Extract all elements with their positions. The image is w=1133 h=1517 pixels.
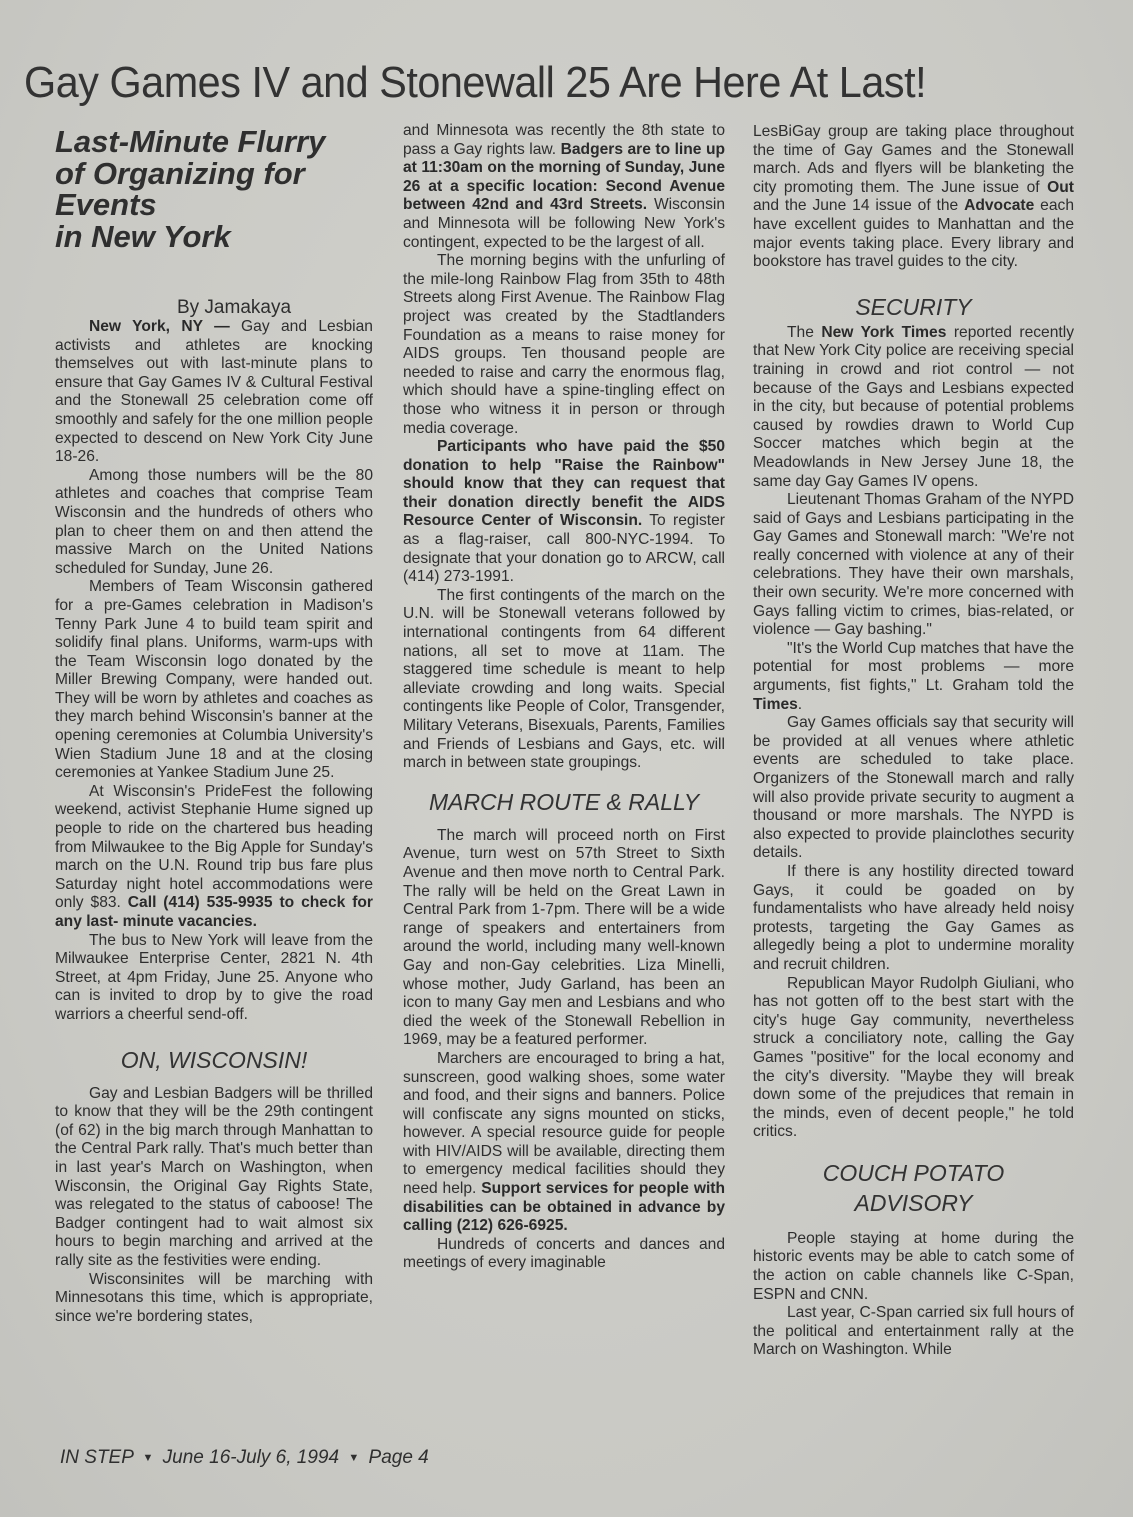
publication-name: Advocate xyxy=(964,197,1034,214)
issue-dates: June 16-July 6, 1994 xyxy=(163,1447,339,1468)
column-1: Last-Minute Flurry of Organizing for Eve… xyxy=(55,122,373,1326)
paragraph: The morning begins with the unfurling of… xyxy=(403,252,725,438)
subhead-line: COUCH POTATO xyxy=(753,1158,1074,1188)
paragraph: Gay and Lesbian Badgers will be thrilled… xyxy=(55,1085,373,1271)
kicker-line: in New York xyxy=(55,221,373,253)
column-3: LesBiGay group are taking place througho… xyxy=(753,123,1074,1360)
newspaper-page: Gay Games IV and Stonewall 25 Are Here A… xyxy=(0,0,1133,1517)
kicker-line: of Organizing for xyxy=(55,158,373,190)
paragraph-text: "It's the World Cup matches that have th… xyxy=(753,640,1074,694)
paragraph: If there is any hostility directed towar… xyxy=(753,863,1074,975)
dateline: New York, NY — xyxy=(89,318,230,335)
triangle-down-icon: ▼ xyxy=(138,1452,157,1464)
paragraph: "It's the World Cup matches that have th… xyxy=(753,640,1074,714)
paragraph: At Wisconsin's PrideFest the following w… xyxy=(55,783,373,932)
subhead-line: ADVISORY xyxy=(753,1188,1074,1218)
kicker-line: Events xyxy=(55,189,373,221)
paragraph-text: Gay and Lesbian activists and athletes a… xyxy=(55,318,373,465)
paragraph: New York, NY — Gay and Lesbian activists… xyxy=(55,318,373,467)
subhead-on-wisconsin: ON, WISCONSIN! xyxy=(55,1045,373,1075)
publication-name: Out xyxy=(1047,179,1074,196)
article-kicker: Last-Minute Flurry of Organizing for Eve… xyxy=(55,126,373,252)
paragraph-text: reported recently that New York City pol… xyxy=(753,324,1074,490)
paragraph: The New York Times reported recently tha… xyxy=(753,324,1074,491)
paragraph: Hundreds of concerts and dances and meet… xyxy=(403,1236,725,1273)
paragraph-text: and the June 14 issue of the xyxy=(753,197,964,214)
paragraph: Wisconsinites will be marching with Minn… xyxy=(55,1271,373,1327)
paragraph: The first contingents of the march on th… xyxy=(403,587,725,773)
paragraph: Last year, C-Span carried six full hours… xyxy=(753,1304,1074,1360)
paragraph-text: . xyxy=(798,696,802,713)
publication-title: IN STEP xyxy=(60,1447,133,1468)
paragraph: Gay Games officials say that security wi… xyxy=(753,714,1074,863)
kicker-line: Last-Minute Flurry xyxy=(55,126,373,158)
paragraph: Members of Team Wisconsin gathered for a… xyxy=(55,578,373,783)
paragraph: People staying at home during the histor… xyxy=(753,1230,1074,1304)
paragraph: Participants who have paid the $50 donat… xyxy=(403,438,725,587)
paragraph: Among those numbers will be the 80 athle… xyxy=(55,467,373,579)
publication-name: New York Times xyxy=(821,324,946,341)
page-headline: Gay Games IV and Stonewall 25 Are Here A… xyxy=(24,58,1049,108)
page-number: Page 4 xyxy=(369,1447,429,1468)
paragraph: The bus to New York will leave from the … xyxy=(55,932,373,1025)
paragraph: Marchers are encouraged to bring a hat, … xyxy=(403,1050,725,1236)
subhead-march-route: MARCH ROUTE & RALLY xyxy=(403,787,725,817)
paragraph: Republican Mayor Rudolph Giuliani, who h… xyxy=(753,975,1074,1142)
publication-name: Times xyxy=(753,696,798,713)
column-2: and Minnesota was recently the 8th state… xyxy=(403,122,725,1273)
paragraph: Lieutenant Thomas Graham of the NYPD sai… xyxy=(753,491,1074,640)
paragraph-text: Marchers are encouraged to bring a hat, … xyxy=(403,1050,725,1197)
subhead-security: SECURITY xyxy=(753,292,1074,322)
paragraph: LesBiGay group are taking place througho… xyxy=(753,123,1074,272)
byline: By Jamakaya xyxy=(55,298,373,318)
paragraph: The march will proceed north on First Av… xyxy=(403,827,725,1050)
paragraph-text: LesBiGay group are taking place througho… xyxy=(753,123,1074,196)
subhead-couch-potato: COUCH POTATO ADVISORY xyxy=(753,1158,1074,1218)
paragraph: and Minnesota was recently the 8th state… xyxy=(403,122,725,252)
paragraph-text: The xyxy=(787,324,821,341)
page-footer: IN STEP ▼ June 16-July 6, 1994 ▼ Page 4 xyxy=(60,1447,429,1469)
paragraph-text: At Wisconsin's PrideFest the following w… xyxy=(55,783,373,912)
triangle-down-icon: ▼ xyxy=(344,1452,363,1464)
